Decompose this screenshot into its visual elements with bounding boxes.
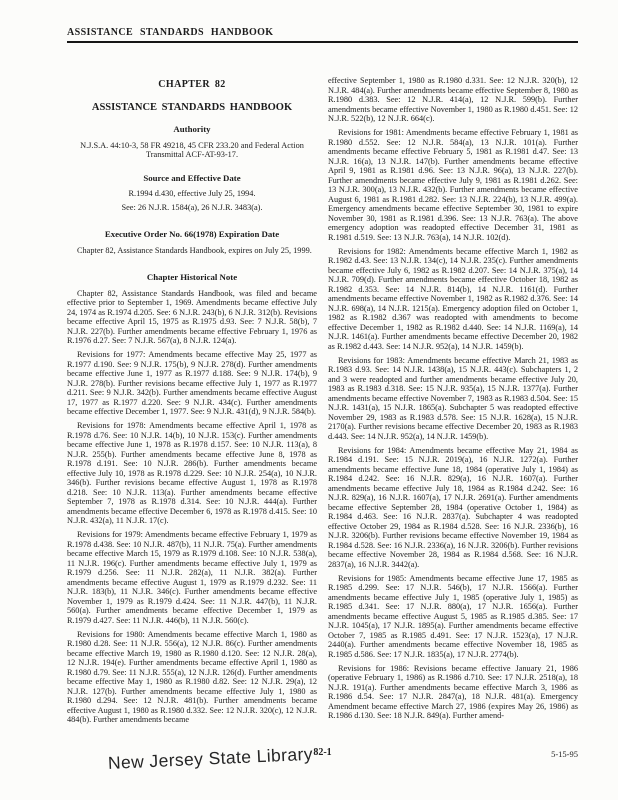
- revisions-1984-paragraph: Revisions for 1984: Amendments became ef…: [328, 446, 578, 570]
- authority-heading: Authority: [67, 125, 317, 135]
- revisions-1980-paragraph: Revisions for 1980: Amendments became ef…: [67, 630, 317, 725]
- revisions-1981-paragraph: Revisions for 1981: Amendments became ef…: [328, 128, 578, 242]
- right-column: effective September 1, 1980 as R.1980 d.…: [328, 76, 578, 729]
- running-header-title: ASSISTANCE STANDARDS HANDBOOK: [67, 27, 274, 38]
- two-column-body: CHAPTER 82 ASSISTANCE STANDARDS HANDBOOK…: [67, 76, 578, 729]
- executive-order-heading: Executive Order No. 66(1978) Expiration …: [67, 230, 317, 240]
- source-line-2: See: 26 N.J.R. 1584(a), 26 N.J.R. 3483(a…: [73, 203, 311, 213]
- left-column: CHAPTER 82 ASSISTANCE STANDARDS HANDBOOK…: [67, 76, 317, 729]
- revisions-1983-paragraph: Revisions for 1983: Amendments became ef…: [328, 356, 578, 442]
- footer-date: 5-15-95: [551, 749, 578, 759]
- revisions-1977-paragraph: Revisions for 1977: Amendments became ef…: [67, 350, 317, 417]
- chapter-number-heading: CHAPTER 82: [67, 80, 317, 90]
- revisions-1978-paragraph: Revisions for 1978: Amendments became ef…: [67, 421, 317, 526]
- historical-note-heading: Chapter Historical Note: [67, 273, 317, 283]
- chapter-title-heading: ASSISTANCE STANDARDS HANDBOOK: [67, 103, 317, 113]
- executive-order-text: Chapter 82, Assistance Standards Handboo…: [67, 246, 317, 256]
- authority-text: N.J.S.A. 44:10-3, 58 FR 49218, 45 CFR 23…: [73, 141, 311, 160]
- revisions-1985-paragraph: Revisions for 1985: Amendments became ef…: [328, 574, 578, 660]
- source-line-1: R.1994 d.430, effective July 25, 1994.: [73, 189, 311, 199]
- historical-note-paragraph: Chapter 82, Assistance Standards Handboo…: [67, 289, 317, 346]
- running-header: ASSISTANCE STANDARDS HANDBOOK: [67, 27, 578, 43]
- document-page: ASSISTANCE STANDARDS HANDBOOK CHAPTER 82…: [0, 0, 618, 800]
- revisions-1980-continued-paragraph: effective September 1, 1980 as R.1980 d.…: [328, 76, 578, 124]
- revisions-1979-paragraph: Revisions for 1979: Amendments became ef…: [67, 530, 317, 625]
- revisions-1982-paragraph: Revisions for 1982: Amendments became ef…: [328, 247, 578, 352]
- source-heading: Source and Effective Date: [67, 174, 317, 184]
- revisions-1986-paragraph: Revisions for 1986: Revisions became eff…: [328, 664, 578, 721]
